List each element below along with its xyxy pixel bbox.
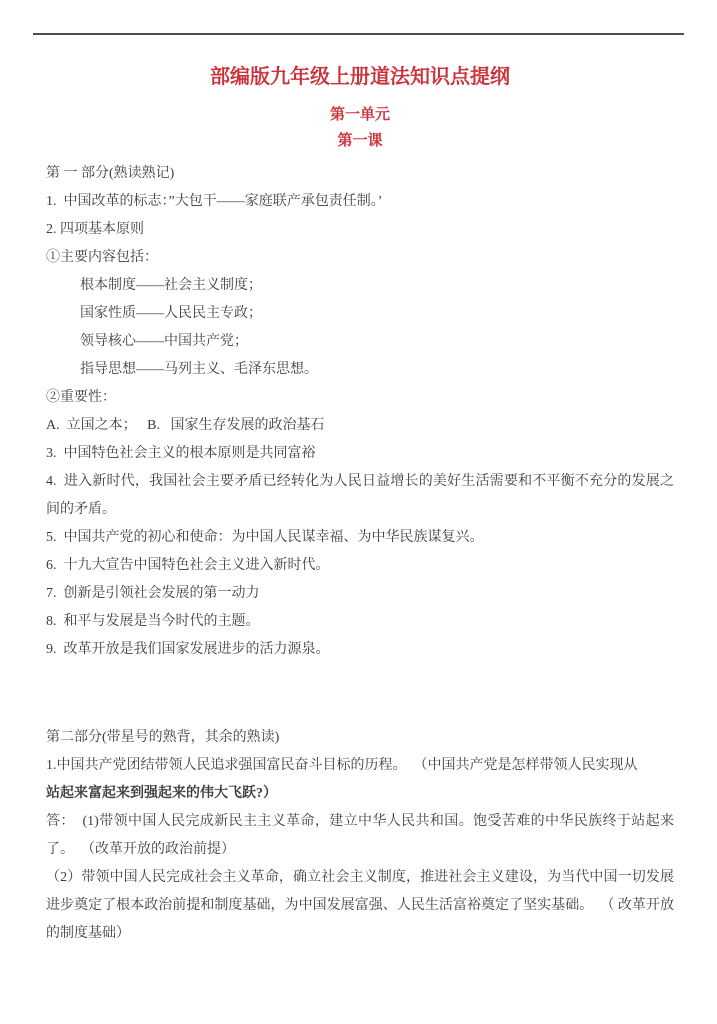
- list-item: ②重要性：: [46, 384, 674, 412]
- section-part1: 第 一 部分(熟读熟记) 1. 中国改革的标志：”大包干——家庭联产承包责任制。…: [46, 160, 674, 664]
- unit-heading: 第一单元: [46, 102, 674, 128]
- list-item: 领导核心——中国共产党；: [46, 328, 674, 356]
- list-item: A. 立国之本； B. 国家生存发展的政治基石: [46, 412, 674, 440]
- page-content: 部编版九年级上册道法知识点提纲 第一单元 第一课 第 一 部分(熟读熟记) 1.…: [0, 0, 717, 948]
- list-item: 3. 中国特色社会主义的根本原则是共同富裕: [46, 440, 674, 468]
- list-item: 9. 改革开放是我们国家发展进步的活力源泉。: [46, 636, 674, 664]
- lesson-heading: 第一课: [46, 128, 674, 154]
- list-item: 指导思想——马列主义、毛泽东思想。: [46, 356, 674, 384]
- document-page: 部编版九年级上册道法知识点提纲 第一单元 第一课 第 一 部分(熟读熟记) 1.…: [0, 0, 717, 1024]
- part2-heading: 第二部分(带星号的熟背，其余的熟读): [46, 724, 674, 752]
- question-line: 1.中国共产党团结带领人民追求强国富民奋斗目标的历程。 （中国共产党是怎样带领人…: [46, 758, 638, 773]
- section-part2: 第二部分(带星号的熟背，其余的熟读) 1.中国共产党团结带领人民追求强国富民奋斗…: [46, 724, 674, 948]
- list-item: 5. 中国共产党的初心和使命：为中国人民谋幸福、为中华民族谋复兴。: [46, 524, 674, 552]
- page-title: 部编版九年级上册道法知识点提纲: [46, 64, 674, 90]
- list-item: 2. 四项基本原则: [46, 216, 674, 244]
- list-item: 8. 和平与发展是当今时代的主题。: [46, 608, 674, 636]
- question-paragraph: 1.中国共产党团结带领人民追求强国富民奋斗目标的历程。 （中国共产党是怎样带领人…: [46, 752, 674, 808]
- list-item: 6. 十九大宣告中国特色社会主义进入新时代。: [46, 552, 674, 580]
- list-item: 4. 进入新时代，我国社会主要矛盾已经转化为人民日益增长的美好生活需要和不平衡不…: [46, 468, 674, 524]
- part1-heading: 第 一 部分(熟读熟记): [46, 160, 674, 188]
- list-item: 国家性质——人民民主专政；: [46, 300, 674, 328]
- list-item: ①主要内容包括：: [46, 244, 674, 272]
- answer-paragraph: 答： (1)带领中国人民完成新民主主义革命，建立中华人民共和国。饱受苦难的中华民…: [46, 808, 674, 864]
- question-line-bold: 站起来富起来到强起来的伟大飞跃?）: [46, 780, 674, 808]
- top-rule: [33, 33, 684, 35]
- list-item: 1. 中国改革的标志：”大包干——家庭联产承包责任制。’: [46, 188, 674, 216]
- list-item: 根本制度——社会主义制度；: [46, 272, 674, 300]
- list-item: 7. 创新是引领社会发展的第一动力: [46, 580, 674, 608]
- answer-paragraph: （2）带领中国人民完成社会主义革命，确立社会主义制度，推进社会主义建设，为当代中…: [46, 864, 674, 948]
